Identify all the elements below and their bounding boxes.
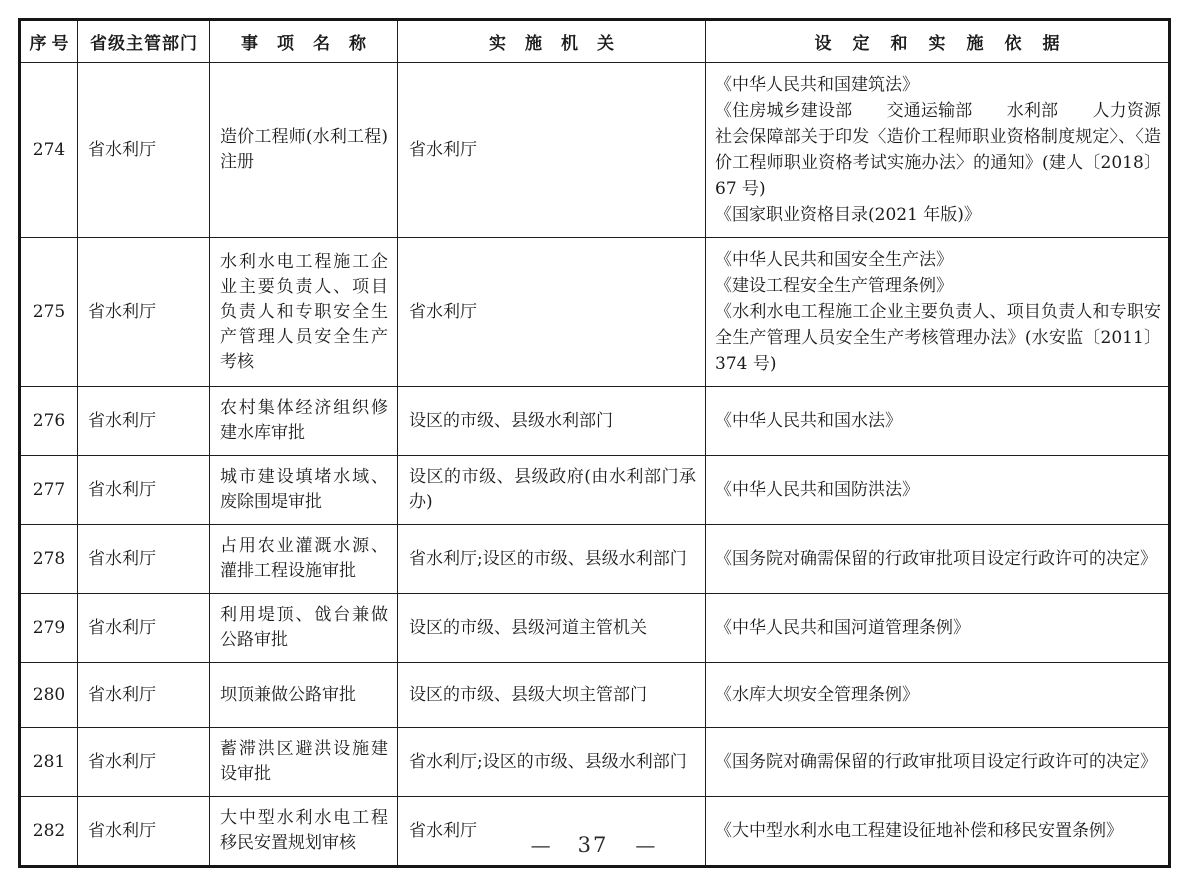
- legal-basis-cell: 《中华人民共和国防洪法》: [706, 456, 1170, 525]
- approval-items-table: 序号 省级主管部门 事项名称 实施机关 设定和实施依据 274 省水利厅 造价工…: [18, 18, 1171, 868]
- legal-basis-cell: 《中华人民共和国建筑法》 《住房城乡建设部 交通运输部 水利部 人力资源社会保障…: [706, 63, 1170, 238]
- legal-basis-cell: 《水库大坝安全管理条例》: [706, 663, 1170, 728]
- document-page: 序号 省级主管部门 事项名称 实施机关 设定和实施依据 274 省水利厅 造价工…: [0, 0, 1186, 883]
- department-cell: 省水利厅: [78, 728, 210, 797]
- implementing-agency-cell: 设区的市级、县级政府(由水利部门承办): [398, 456, 706, 525]
- legal-basis-entry: 《国家职业资格目录(2021 年版)》: [715, 202, 1161, 228]
- header-provincial-dept: 省级主管部门: [78, 20, 210, 63]
- table-row: 277 省水利厅 城市建设填堵水域、废除围堤审批 设区的市级、县级政府(由水利部…: [20, 456, 1170, 525]
- item-name-cell: 城市建设填堵水域、废除围堤审批: [210, 456, 398, 525]
- item-name-cell: 水利水电工程施工企业主要负责人、项目负责人和专职安全生产管理人员安全生产考核: [210, 238, 398, 387]
- legal-basis-entry: 《国务院对确需保留的行政审批项目设定行政许可的决定》: [715, 546, 1161, 572]
- row-serial-number: 278: [20, 525, 78, 594]
- legal-basis-entry: 《中华人民共和国防洪法》: [715, 477, 1161, 503]
- legal-basis-cell: 《国务院对确需保留的行政审批项目设定行政许可的决定》: [706, 525, 1170, 594]
- row-serial-number: 281: [20, 728, 78, 797]
- department-cell: 省水利厅: [78, 238, 210, 387]
- item-name-cell: 占用农业灌溉水源、灌排工程设施审批: [210, 525, 398, 594]
- header-implementing-agency: 实施机关: [398, 20, 706, 63]
- department-cell: 省水利厅: [78, 663, 210, 728]
- table-row: 280 省水利厅 坝顶兼做公路审批 设区的市级、县级大坝主管部门 《水库大坝安全…: [20, 663, 1170, 728]
- department-cell: 省水利厅: [78, 63, 210, 238]
- department-cell: 省水利厅: [78, 387, 210, 456]
- department-cell: 省水利厅: [78, 594, 210, 663]
- department-cell: 省水利厅: [78, 456, 210, 525]
- legal-basis-entry: 《中华人民共和国河道管理条例》: [715, 615, 1161, 641]
- table-row: 274 省水利厅 造价工程师(水利工程)注册 省水利厅 《中华人民共和国建筑法》…: [20, 63, 1170, 238]
- legal-basis-cell: 《中华人民共和国安全生产法》 《建设工程安全生产管理条例》 《水利水电工程施工企…: [706, 238, 1170, 387]
- row-serial-number: 274: [20, 63, 78, 238]
- implementing-agency-cell: 省水利厅: [398, 63, 706, 238]
- implementing-agency-cell: 省水利厅;设区的市级、县级水利部门: [398, 728, 706, 797]
- header-item-name: 事项名称: [210, 20, 398, 63]
- legal-basis-entry: 《国务院对确需保留的行政审批项目设定行政许可的决定》: [715, 749, 1161, 775]
- table-row: 279 省水利厅 利用堤顶、戗台兼做公路审批 设区的市级、县级河道主管机关 《中…: [20, 594, 1170, 663]
- legal-basis-entry: 《建设工程安全生产管理条例》: [715, 273, 1161, 299]
- item-name-cell: 利用堤顶、戗台兼做公路审批: [210, 594, 398, 663]
- legal-basis-entry: 《水利水电工程施工企业主要负责人、项目负责人和专职安全生产管理人员安全生产考核管…: [715, 299, 1161, 377]
- header-legal-basis: 设定和实施依据: [706, 20, 1170, 63]
- legal-basis-cell: 《中华人民共和国河道管理条例》: [706, 594, 1170, 663]
- item-name-cell: 蓄滞洪区避洪设施建设审批: [210, 728, 398, 797]
- legal-basis-cell: 《国务院对确需保留的行政审批项目设定行政许可的决定》: [706, 728, 1170, 797]
- table-row: 278 省水利厅 占用农业灌溉水源、灌排工程设施审批 省水利厅;设区的市级、县级…: [20, 525, 1170, 594]
- row-serial-number: 276: [20, 387, 78, 456]
- table-row: 275 省水利厅 水利水电工程施工企业主要负责人、项目负责人和专职安全生产管理人…: [20, 238, 1170, 387]
- legal-basis-entry: 《水库大坝安全管理条例》: [715, 682, 1161, 708]
- page-number: 37: [578, 833, 609, 857]
- item-name-cell: 造价工程师(水利工程)注册: [210, 63, 398, 238]
- row-serial-number: 280: [20, 663, 78, 728]
- row-serial-number: 275: [20, 238, 78, 387]
- legal-basis-cell: 《中华人民共和国水法》: [706, 387, 1170, 456]
- table-row: 281 省水利厅 蓄滞洪区避洪设施建设审批 省水利厅;设区的市级、县级水利部门 …: [20, 728, 1170, 797]
- footer-right-dash: —: [635, 833, 655, 857]
- page-footer: —37—: [0, 833, 1186, 857]
- legal-basis-entry: 《住房城乡建设部 交通运输部 水利部 人力资源社会保障部关于印发〈造价工程师职业…: [715, 98, 1161, 202]
- implementing-agency-cell: 设区的市级、县级水利部门: [398, 387, 706, 456]
- legal-basis-entry: 《中华人民共和国安全生产法》: [715, 247, 1161, 273]
- implementing-agency-cell: 省水利厅: [398, 238, 706, 387]
- item-name-cell: 农村集体经济组织修建水库审批: [210, 387, 398, 456]
- implementing-agency-cell: 设区的市级、县级大坝主管部门: [398, 663, 706, 728]
- legal-basis-entry: 《中华人民共和国建筑法》: [715, 72, 1161, 98]
- implementing-agency-cell: 设区的市级、县级河道主管机关: [398, 594, 706, 663]
- implementing-agency-cell: 省水利厅;设区的市级、县级水利部门: [398, 525, 706, 594]
- department-cell: 省水利厅: [78, 525, 210, 594]
- row-serial-number: 277: [20, 456, 78, 525]
- legal-basis-entry: 《中华人民共和国水法》: [715, 408, 1161, 434]
- item-name-cell: 坝顶兼做公路审批: [210, 663, 398, 728]
- row-serial-number: 279: [20, 594, 78, 663]
- footer-left-dash: —: [531, 833, 551, 857]
- table-row: 276 省水利厅 农村集体经济组织修建水库审批 设区的市级、县级水利部门 《中华…: [20, 387, 1170, 456]
- header-serial-number: 序号: [20, 20, 78, 63]
- table-header-row: 序号 省级主管部门 事项名称 实施机关 设定和实施依据: [20, 20, 1170, 63]
